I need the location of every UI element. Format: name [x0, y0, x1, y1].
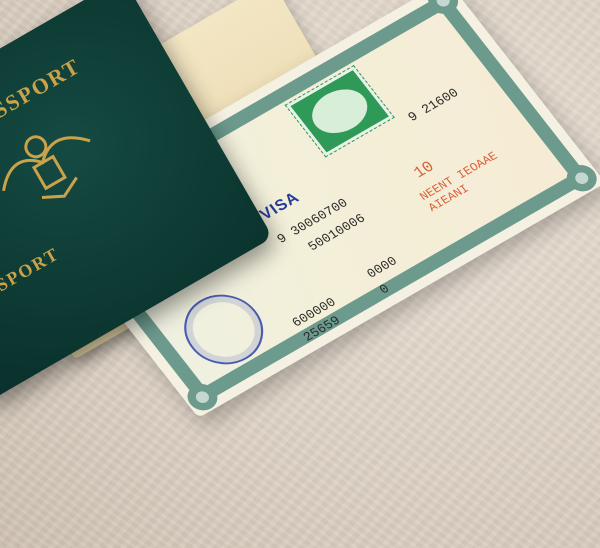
visa-field: 0	[376, 281, 392, 297]
passport-side-title: ASSPORT	[0, 243, 63, 309]
eagle-seal-icon	[0, 101, 119, 230]
blue-seal-stamp	[169, 282, 279, 378]
corner-ornament	[422, 0, 464, 19]
visa-field: 10	[410, 158, 438, 182]
green-stamp	[286, 66, 393, 156]
visa-field: 9 21600	[405, 85, 462, 124]
visa-field: 0000	[364, 254, 400, 282]
